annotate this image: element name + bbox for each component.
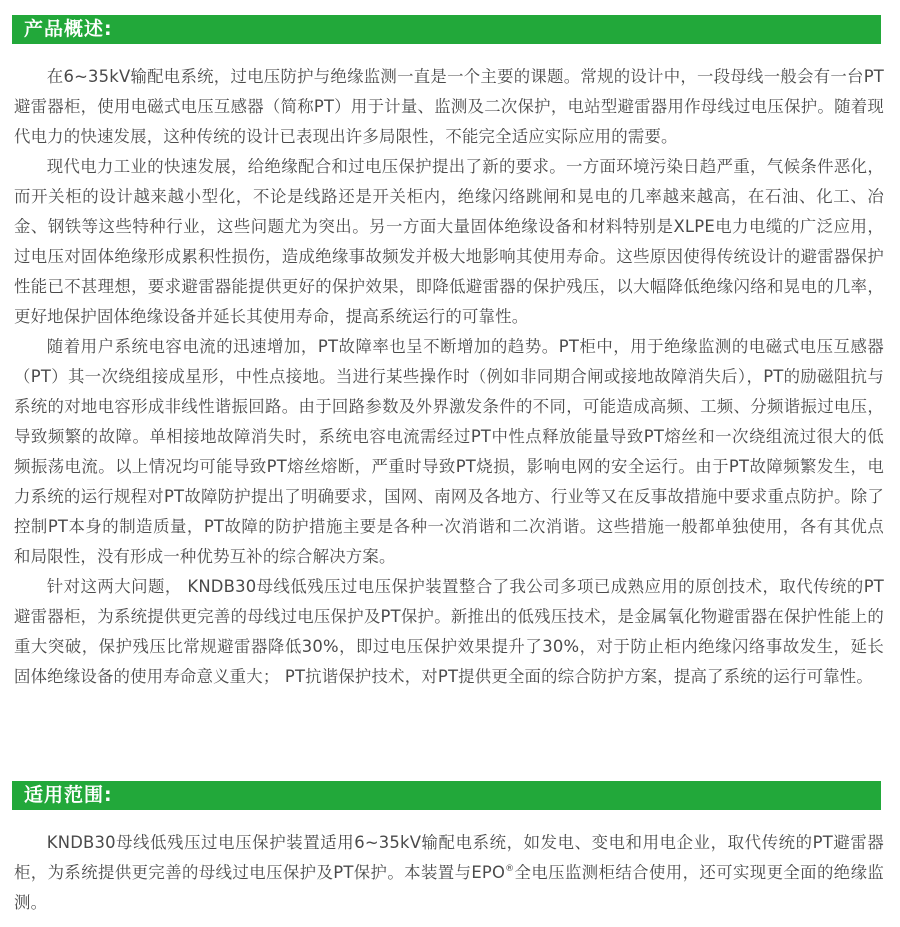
section-header-product-overview: 产品概述: <box>12 15 881 44</box>
overview-paragraph-2: 现代电力工业的快速发展，给绝缘配合和过电压保护提出了新的要求。一方面环境污染日趋… <box>14 152 884 332</box>
section-title: 产品概述: <box>24 18 113 40</box>
section-header-application-scope: 适用范围: <box>12 781 881 810</box>
application-scope-content: KNDB30母线低残压过电压保护装置适用6~35kV输配电系统，如发电、变电和用… <box>14 828 884 918</box>
overview-paragraph-4: 针对这两大问题， KNDB30母线低残压过电压保护装置整合了我公司多项已成熟应用… <box>14 572 884 692</box>
overview-paragraph-1: 在6~35kV输配电系统，过电压防护与绝缘监测一直是一个主要的课题。常规的设计中… <box>14 62 884 152</box>
registered-trademark-mark: ® <box>505 864 514 874</box>
overview-paragraph-3: 随着用户系统电容电流的迅速增加，PT故障率也呈不断增加的趋势。PT柜中，用于绝缘… <box>14 332 884 572</box>
product-overview-content: 在6~35kV输配电系统，过电压防护与绝缘监测一直是一个主要的课题。常规的设计中… <box>14 62 884 692</box>
section-title: 适用范围: <box>24 784 113 806</box>
scope-paragraph-1: KNDB30母线低残压过电压保护装置适用6~35kV输配电系统，如发电、变电和用… <box>14 828 884 918</box>
